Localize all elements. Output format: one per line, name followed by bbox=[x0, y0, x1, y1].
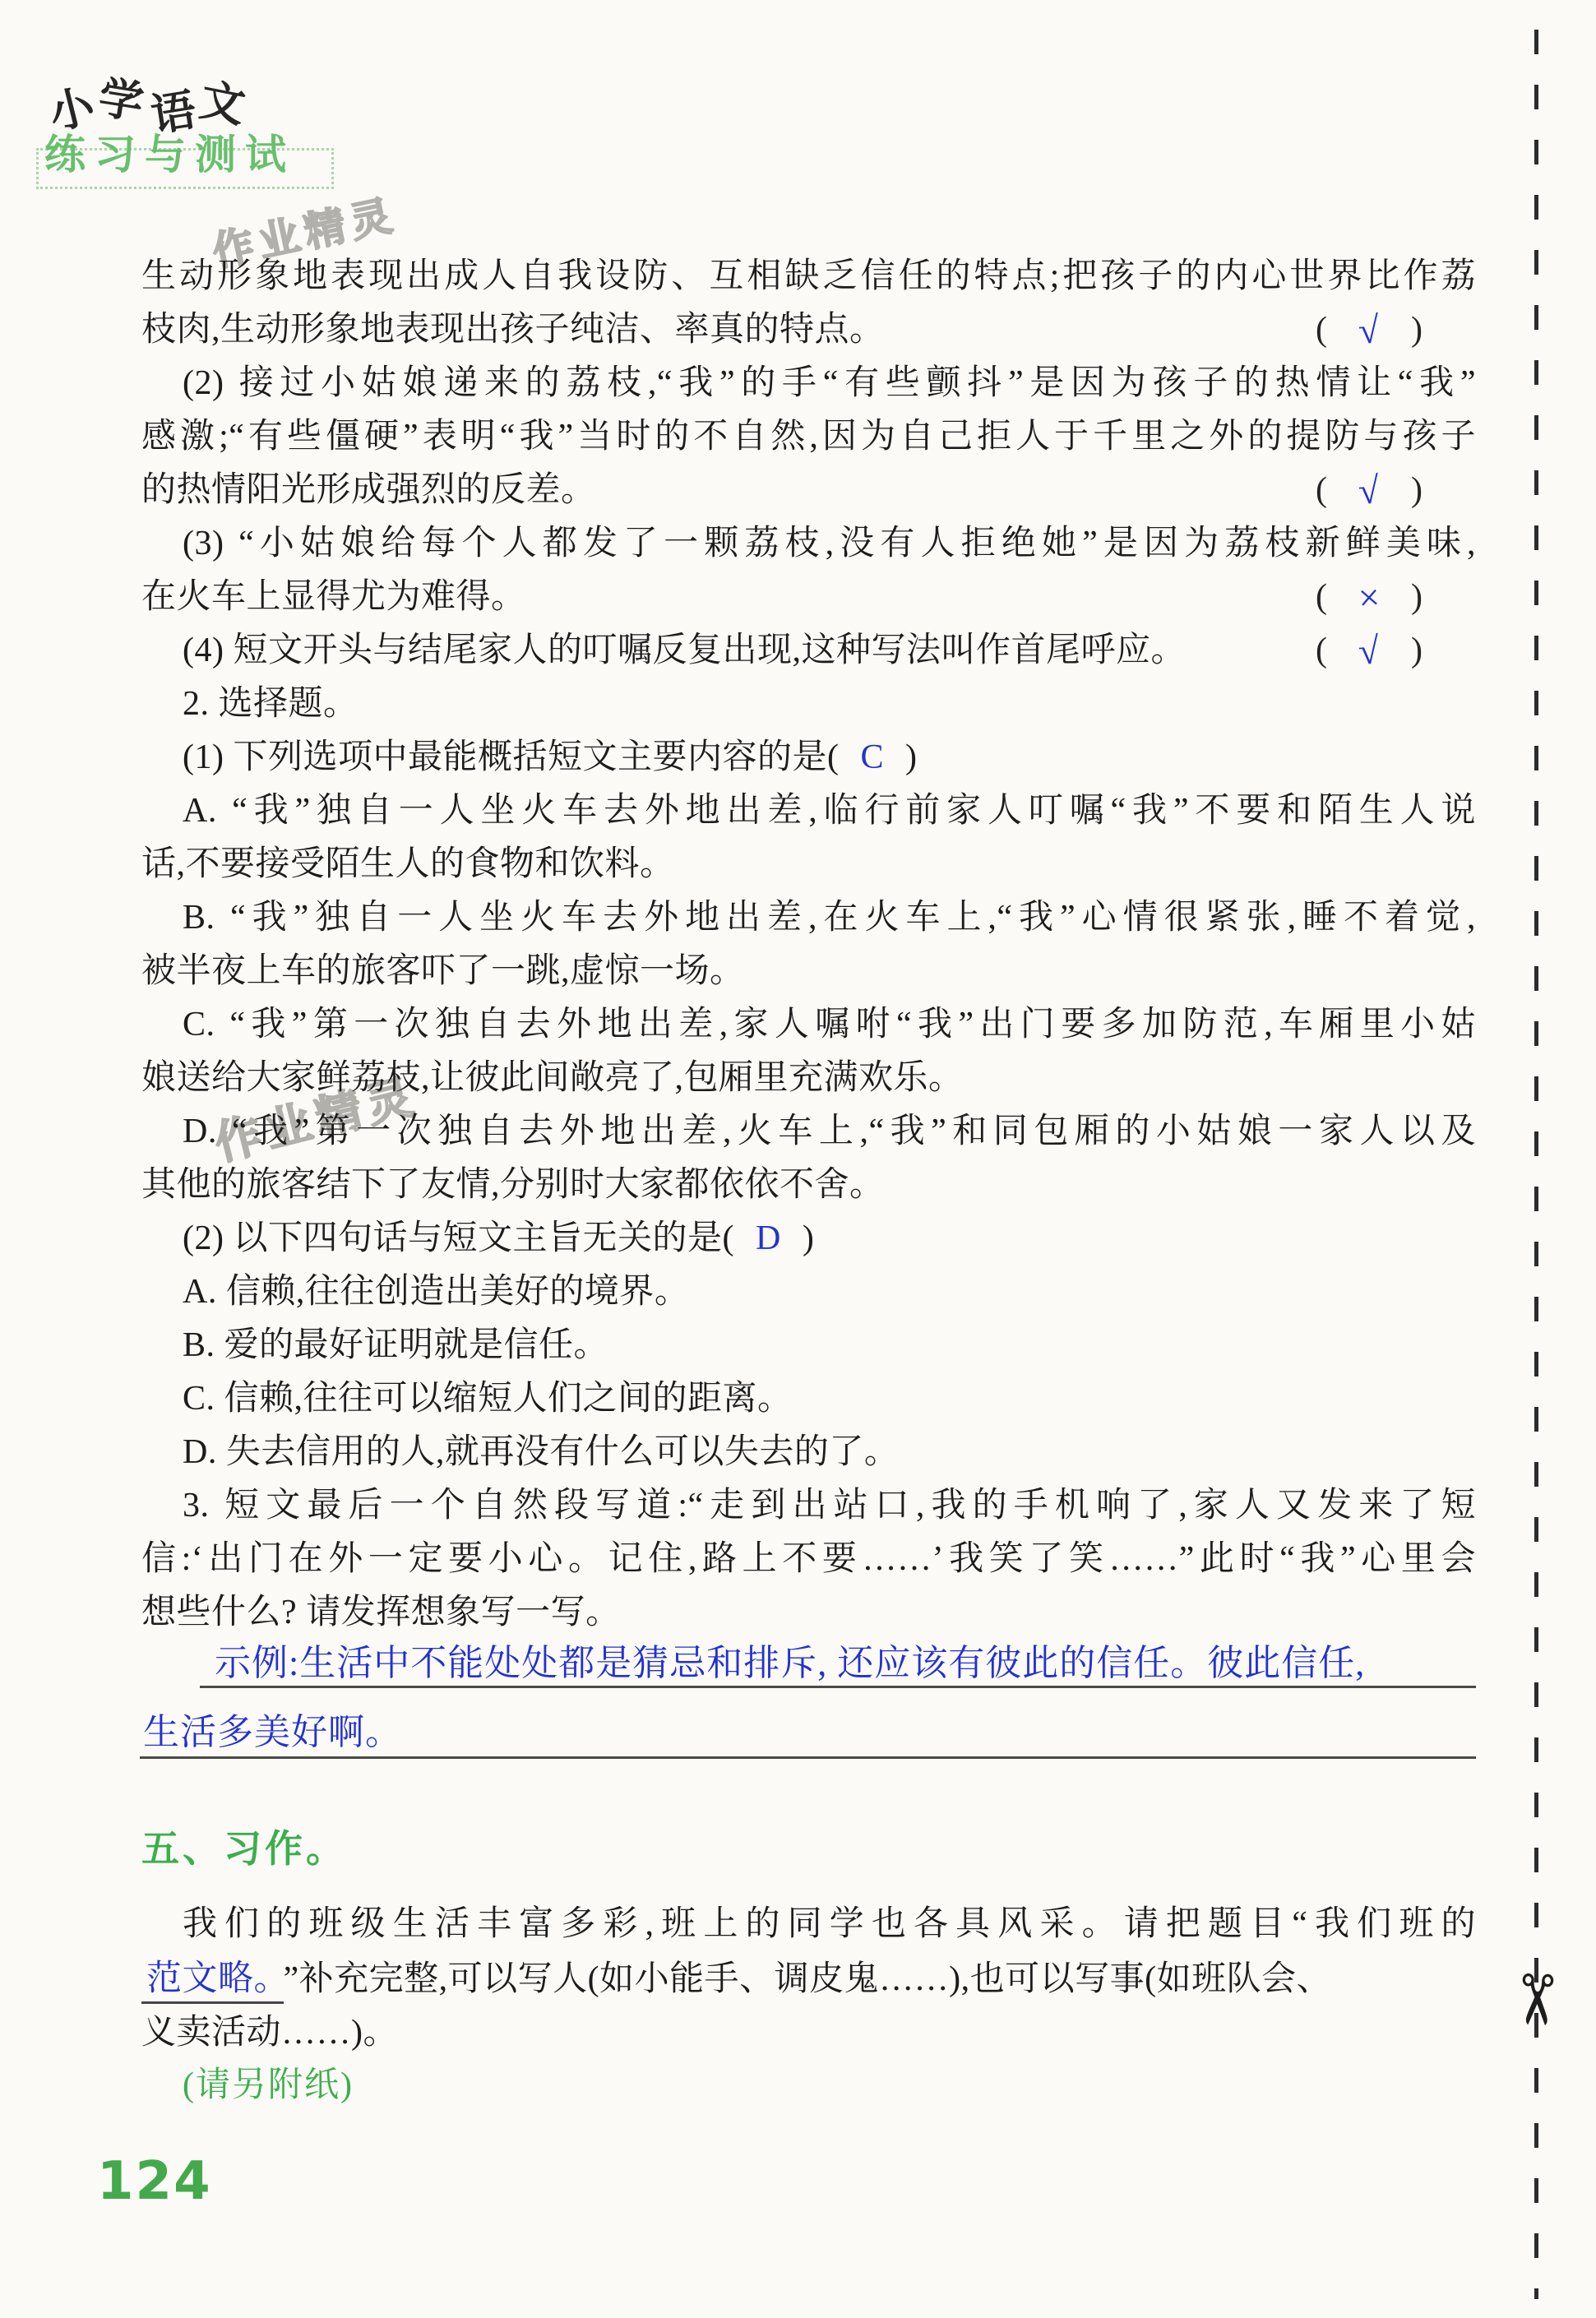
line-text: 娘送给大家鲜荔枝,让彼此间敞亮了,包厢里充满欢乐。 bbox=[141, 1059, 964, 1097]
inline-answer: D bbox=[734, 1219, 803, 1257]
paren-open: ( bbox=[1316, 624, 1327, 678]
line-text: 被半夜上车的旅客吓了一跳,虚惊一场。 bbox=[141, 952, 745, 990]
line-text: 生动形象地表现出成人自我设防、互相缺乏信任的特点;把孩子的内心世界比作荔 bbox=[141, 257, 1476, 295]
workbook-page: 小学语文 练习与测试 作业精灵 作业精灵 生动形象地表现出成人自我设防、互相缺乏… bbox=[0, 0, 1596, 2318]
text-line: 3. 短文最后一个自然段写道:“走到出站口,我的手机响了,家人又发来了短() bbox=[141, 1479, 1476, 1533]
line-text: 在火车上显得尤为难得。 bbox=[141, 578, 526, 616]
text-line: C. “我”第一次独自去外地出差,家人嘱咐“我”出门要多加防范,车厢里小姑() bbox=[141, 998, 1476, 1052]
text-line: 信:‘出门在外一定要小心。记住,路上不要……’我笑了笑……”此时“我”心里会() bbox=[141, 1533, 1476, 1586]
body-text: 生动形象地表现出成人自我设防、互相缺乏信任的特点;把孩子的内心世界比作荔() 枝… bbox=[141, 250, 1476, 1640]
truefalse-mark: (×) bbox=[1316, 571, 1423, 624]
answer-mark: × bbox=[1357, 570, 1381, 625]
text-line: (4) 短文开头与结尾家人的叮嘱反复出现,这种写法叫作首尾呼应。(√) bbox=[141, 624, 1476, 678]
text-line: D. “我”第一次独自去外地出差,火车上,“我”和同包厢的小姑娘一家人以及() bbox=[141, 1105, 1476, 1159]
truefalse-mark: (√) bbox=[1316, 303, 1423, 357]
line-text: (4) 短文开头与结尾家人的叮嘱反复出现,这种写法叫作首尾呼应。 bbox=[183, 632, 1186, 669]
truefalse-mark: (√) bbox=[1316, 624, 1423, 678]
text-line: 在火车上显得尤为难得。(×) bbox=[141, 571, 1476, 624]
blank-answer: 范文略。 bbox=[146, 1959, 272, 1998]
answer-mark: √ bbox=[1357, 463, 1381, 518]
section5-paragraph-line-2: 范文略。”补充完整,可以写人(如小能手、调皮鬼……),也可以写事(如班队会、 bbox=[141, 1952, 1331, 2006]
line-text: 其他的旅客结下了友情,分别时大家都依依不舍。 bbox=[141, 1166, 885, 1204]
page-number: 124 bbox=[97, 2151, 212, 2212]
line-text: C. 信赖,往往可以缩短人们之间的距离。 bbox=[183, 1380, 793, 1418]
text-line: 感激;“有些僵硬”表明“我”当时的不自然,因为自己拒人于千里之外的提防与孩子() bbox=[141, 410, 1476, 464]
answer-mark: √ bbox=[1357, 303, 1381, 358]
attach-paper-note: (请另附纸) bbox=[183, 2057, 354, 2107]
paren-close: ) bbox=[1411, 624, 1423, 678]
paren-open: ( bbox=[1316, 303, 1327, 357]
text-line: A. 信赖,往往创造出美好的境界。() bbox=[141, 1265, 1476, 1319]
line-text: (2) 接过小姑娘递来的荔枝,“我”的手“有些颤抖”是因为孩子的热情让“我” bbox=[183, 364, 1476, 402]
text-line: C. 信赖,往往可以缩短人们之间的距离。() bbox=[141, 1372, 1476, 1426]
text-line: 被半夜上车的旅客吓了一跳,虚惊一场。() bbox=[141, 945, 1476, 998]
line-text: 想些什么? 请发挥想象写一写。 bbox=[141, 1594, 621, 1631]
text-line: D. 失去信用的人,就再没有什么可以失去的了。() bbox=[141, 1426, 1476, 1479]
line-text: D. 失去信用的人,就再没有什么可以失去的了。 bbox=[183, 1433, 899, 1471]
inline-answer: C bbox=[839, 738, 905, 776]
text-line: A. “我”独自一人坐火车去外地出差,临行前家人叮嘱“我”不要和陌生人说() bbox=[141, 784, 1476, 838]
text-line: 想些什么? 请发挥想象写一写。() bbox=[141, 1586, 1476, 1640]
line-text: 的热情阳光形成强烈的反差。 bbox=[141, 471, 596, 509]
section-heading: 五、习作。 bbox=[141, 1819, 347, 1873]
text-line: 生动形象地表现出成人自我设防、互相缺乏信任的特点;把孩子的内心世界比作荔() bbox=[141, 250, 1476, 303]
text-line: 娘送给大家鲜荔枝,让彼此间敞亮了,包厢里充满欢乐。() bbox=[141, 1052, 1476, 1105]
text-line: (2) 以下四句话与短文主旨无关的是(D)() bbox=[141, 1212, 1476, 1265]
line-text: 3. 短文最后一个自然段写道:“走到出站口,我的手机响了,家人又发来了短 bbox=[183, 1487, 1476, 1525]
truefalse-mark: (√) bbox=[1316, 464, 1423, 517]
line-text: 话,不要接受陌生人的食物和饮料。 bbox=[141, 845, 675, 883]
line-text: 信:‘出门在外一定要小心。记住,路上不要……’我笑了笑……”此时“我”心里会 bbox=[141, 1540, 1476, 1578]
paren-close: ) bbox=[1411, 571, 1423, 624]
sample-answer-line-2: 生活多美好啊。 bbox=[140, 1710, 1476, 1759]
section5-paragraph-line-3: 义卖活动……)。 bbox=[141, 2006, 398, 2060]
paren-close: ) bbox=[1411, 303, 1423, 357]
text-line: 话,不要接受陌生人的食物和饮料。() bbox=[141, 838, 1476, 891]
line-post: ) bbox=[803, 1219, 815, 1257]
line-post: ) bbox=[905, 738, 918, 776]
line-text: (3) “小姑娘给每个人都发了一颗荔枝,没有人拒绝她”是因为荔枝新鲜美味, bbox=[183, 525, 1476, 562]
line-text: A. “我”独自一人坐火车去外地出差,临行前家人叮嘱“我”不要和陌生人说 bbox=[183, 792, 1476, 830]
dashed-cut-line bbox=[1534, 30, 1538, 2299]
answer-mark: √ bbox=[1357, 623, 1381, 678]
line-text: B. “我”独自一人坐火车去外地出差,在火车上,“我”心情很紧张,睡不着觉, bbox=[183, 899, 1476, 937]
answer-blank: 范文略。 bbox=[141, 1960, 284, 2004]
text-line: (2) 接过小姑娘递来的荔枝,“我”的手“有些颤抖”是因为孩子的热情让“我”() bbox=[141, 357, 1476, 410]
line-text: 2. 选择题。 bbox=[183, 685, 359, 723]
text-line: (1) 下列选项中最能概括短文主要内容的是(C)() bbox=[141, 731, 1476, 784]
scissors-icon: ✂ bbox=[1497, 1960, 1575, 2038]
line-pre: (2) 以下四句话与短文主旨无关的是( bbox=[183, 1219, 734, 1257]
paren-close: ) bbox=[1411, 464, 1423, 517]
line-text: 感激;“有些僵硬”表明“我”当时的不自然,因为自己拒人于千里之外的提防与孩子 bbox=[141, 418, 1476, 456]
line-pre: (1) 下列选项中最能概括短文主要内容的是( bbox=[183, 738, 839, 776]
sample-answer-line-1: 示例:生活中不能处处都是猜忌和排斥, 还应该有彼此的信任。彼此信任, bbox=[200, 1640, 1476, 1688]
line-text: D. “我”第一次独自去外地出差,火车上,“我”和同包厢的小姑娘一家人以及 bbox=[183, 1113, 1476, 1150]
line-text: B. 爱的最好证明就是信任。 bbox=[183, 1326, 608, 1364]
section5-paragraph-line-1: 我们的班级生活丰富多彩,班上的同学也各具风采。请把题目“我们班的 bbox=[183, 1898, 1476, 1951]
text-line: 其他的旅客结下了友情,分别时大家都依依不舍。() bbox=[141, 1159, 1476, 1212]
line-text: C. “我”第一次独自去外地出差,家人嘱咐“我”出门要多加防范,车厢里小姑 bbox=[183, 1006, 1476, 1043]
brand-subtitle: 练习与测试 bbox=[44, 122, 295, 181]
text-line: B. “我”独自一人坐火车去外地出差,在火车上,“我”心情很紧张,睡不着觉,() bbox=[141, 891, 1476, 945]
line-text: A. 信赖,往往创造出美好的境界。 bbox=[183, 1273, 689, 1311]
paragraph-continuation: ”补充完整,可以写人(如小能手、调皮鬼……),也可以写事(如班队会、 bbox=[284, 1960, 1332, 1998]
line-text: 枝肉,生动形象地表现出孩子纯洁、率真的特点。 bbox=[141, 311, 885, 349]
text-line: B. 爱的最好证明就是信任。() bbox=[141, 1319, 1476, 1372]
text-line: (3) “小姑娘给每个人都发了一颗荔枝,没有人拒绝她”是因为荔枝新鲜美味,() bbox=[141, 517, 1476, 571]
text-line: 枝肉,生动形象地表现出孩子纯洁、率真的特点。(√) bbox=[141, 303, 1476, 357]
text-line: 2. 选择题。() bbox=[141, 678, 1476, 731]
paren-open: ( bbox=[1316, 464, 1327, 517]
text-line: 的热情阳光形成强烈的反差。(√) bbox=[141, 464, 1476, 517]
paren-open: ( bbox=[1316, 571, 1327, 624]
